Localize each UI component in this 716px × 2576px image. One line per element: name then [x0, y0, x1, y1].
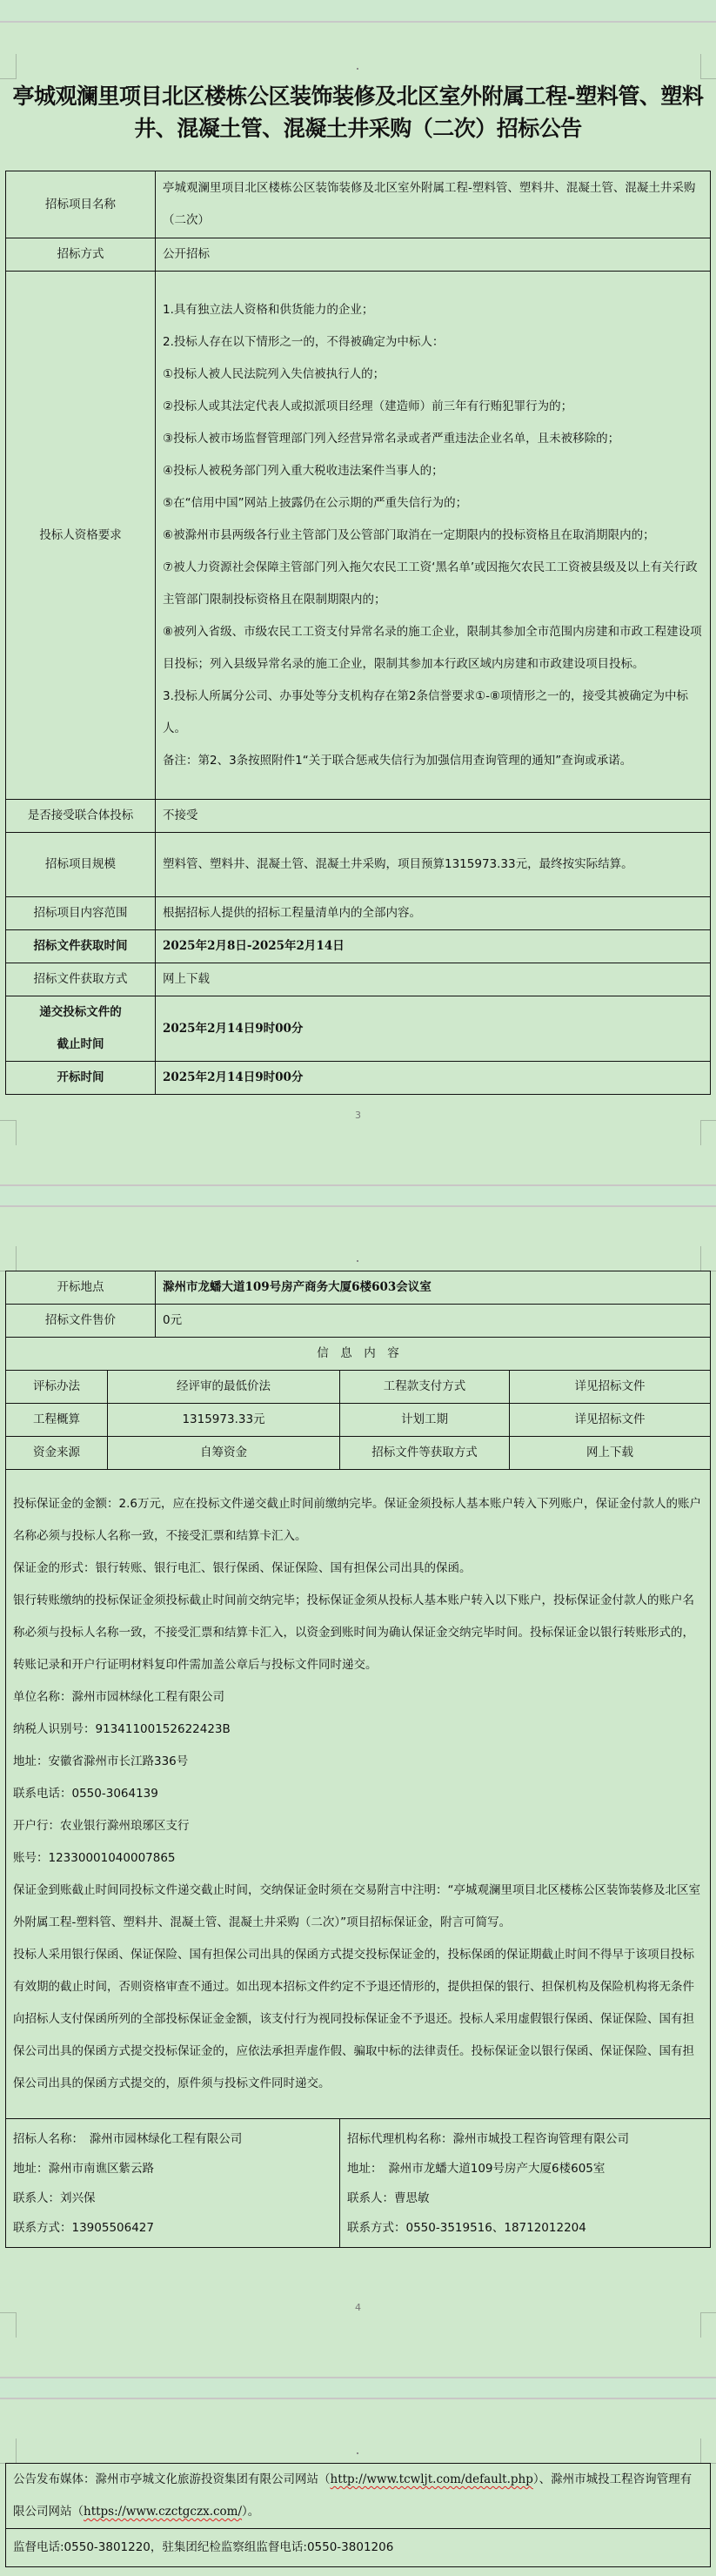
row-value: 不接受	[156, 800, 711, 833]
viewer-top-band	[0, 0, 716, 23]
info-grid-row: 资金来源 自筹资金 招标文件等获取方式 网上下载	[6, 1437, 711, 1470]
page-corner-mark	[700, 54, 716, 79]
info-label: 招标文件等获取方式	[340, 1437, 510, 1470]
media-text: 公告发布媒体：滁州市亭城文化旅游投资集团有限公司网站（	[13, 2472, 331, 2486]
qualification-note: 备注：第2、3条按照附件1“关于联合惩戒失信行为加强信用查询管理的通知”查询或承…	[163, 745, 703, 777]
row-label: 招标文件售价	[6, 1305, 156, 1338]
supervision-row: 监督电话:0550-3801220，驻集团纪检监察组监督电话:0550-3801…	[6, 2529, 711, 2567]
qualification-item: ①投标人被人民法院列入失信被执行人的；	[163, 359, 703, 391]
deposit-paragraph: 保证金到账截止时间同投标文件递交截止时间，交纳保证金时须在交易附言中注明：“亭城…	[13, 1875, 703, 1939]
info-grid-row: 工程概算 1315973.33元 计划工期 详见招标文件	[6, 1404, 711, 1437]
row-label-line: 截止时间	[13, 1029, 148, 1061]
tenderer-phone: 联系方式：13905506427	[13, 2213, 332, 2243]
qualification-item: ②投标人或其法定代表人或拟派项目经理（建造师）前三年有行贿犯罪行为的；	[163, 391, 703, 423]
media-link-czctgczx[interactable]: https://www.czctgczx.com/	[84, 2505, 242, 2519]
qualification-item: ③投标人被市场监督管理部门列入经营异常名录或者严重违法企业名单，且未被移除的；	[163, 423, 703, 455]
row-label: 招标项目内容范围	[6, 897, 156, 930]
table-row-doc-time: 招标文件获取时间 2025年2月8日-2025年2月14日	[6, 930, 711, 963]
qualification-item: ⑧被列入省级、市级农民工工资支付异常名录的施工企业，限制其参加全市范围内房建和市…	[163, 616, 703, 681]
qualification-list: 1.具有独立法人资格和供货能力的企业； 2.投标人存在以下情形之一的，不得被确定…	[156, 272, 711, 800]
row-label: 招标文件获取时间	[6, 930, 156, 963]
page-number: 3	[0, 1110, 716, 1121]
publication-media: 公告发布媒体：滁州市亭城文化旅游投资集团有限公司网站（http://www.tc…	[6, 2464, 711, 2529]
page-corner-mark	[700, 2312, 716, 2338]
account-name: 单位名称：滁州市园林绿化工程有限公司	[13, 1681, 703, 1714]
row-label: 招标项目规模	[6, 833, 156, 897]
row-label: 开标时间	[6, 1062, 156, 1095]
info-value: 详见招标文件	[510, 1371, 711, 1404]
info-header: 信 息 内 容	[6, 1338, 711, 1371]
page-corner-mark	[700, 2438, 716, 2464]
row-value: 2025年2月14日9时00分	[156, 996, 711, 1062]
info-label: 计划工期	[340, 1404, 510, 1437]
announcement-table-page2: 开标地点 滁州市龙蟠大道109号房产商务大厦6楼603会议室 招标文件售价 0元…	[5, 1271, 711, 2248]
page-corner-mark	[700, 1246, 716, 1271]
row-label: 招标文件获取方式	[6, 963, 156, 996]
row-value: 滁州市龙蟠大道109号房产商务大厦6楼603会议室	[156, 1271, 711, 1305]
deposit-paragraph: 投标人采用银行保函、保证保险、国有担保公司出具的保函方式提交投标保证金的，投标保…	[13, 1939, 703, 2100]
bank-name: 开户行：农业银行滁州琅琊区支行	[13, 1810, 703, 1842]
agency-contact-person: 联系人：曹思敏	[347, 2184, 703, 2213]
account-phone: 联系电话：0550-3064139	[13, 1778, 703, 1810]
info-label: 工程款支付方式	[340, 1371, 510, 1404]
media-row: 公告发布媒体：滁州市亭城文化旅游投资集团有限公司网站（http://www.tc…	[6, 2464, 711, 2529]
page-separator	[0, 1184, 716, 1207]
table-row-opening-location: 开标地点 滁州市龙蟠大道109号房产商务大厦6楼603会议室	[6, 1271, 711, 1305]
qualification-item: ⑤在“信用中国”网站上披露仍在公示期的严重失信行为的；	[163, 487, 703, 520]
info-value: 详见招标文件	[510, 1404, 711, 1437]
qualification-item: ④投标人被税务部门列入重大税收违法案件当事人的；	[163, 455, 703, 487]
qualification-item: 2.投标人存在以下情形之一的，不得被确定为中标人：	[163, 326, 703, 359]
row-value: 根据招标人提供的招标工程量清单内的全部内容。	[156, 897, 711, 930]
page-number: 4	[0, 2302, 716, 2313]
row-label-line: 递交投标文件的	[13, 996, 148, 1029]
info-value: 1315973.33元	[108, 1404, 340, 1437]
table-row-tender-method: 招标方式 公开招标	[6, 238, 711, 272]
table-row-doc-method: 招标文件获取方式 网上下载	[6, 963, 711, 996]
info-grid-row: 评标办法 经评审的最低价法 工程款支付方式 详见招标文件	[6, 1371, 711, 1404]
agency-phone: 联系方式：0550-3519516、18712012204	[347, 2213, 703, 2243]
tenderer-contact-person: 联系人：刘兴保	[13, 2184, 332, 2213]
row-value: 亭城观澜里项目北区楼栋公区装饰装修及北区室外附属工程-塑料管、塑料井、混凝土管、…	[156, 171, 711, 238]
page-corner-mark	[0, 2438, 17, 2464]
table-row-qualification: 投标人资格要求 1.具有独立法人资格和供货能力的企业； 2.投标人存在以下情形之…	[6, 272, 711, 800]
announcement-table-page3: 公告发布媒体：滁州市亭城文化旅游投资集团有限公司网站（http://www.tc…	[5, 2463, 711, 2567]
tenderer-name: 招标人名称： 滁州市园林绿化工程有限公司	[13, 2124, 332, 2154]
info-label: 工程概算	[6, 1404, 108, 1437]
agency-contact: 招标代理机构名称：滁州市城投工程咨询管理有限公司 地址： 滁州市龙蟠大道109号…	[340, 2119, 711, 2248]
deposit-paragraph: 投标保证金的金额：2.6万元，应在投标文件递交截止时间前缴纳完毕。保证金须投标人…	[13, 1488, 703, 1553]
qualification-item: ⑥被滁州市县两级各行业主管部门及公管部门取消在一定期限内的投标资格且在取消期限内…	[163, 520, 703, 552]
cursor-mark	[357, 2452, 358, 2454]
deposit-info: 投标保证金的金额：2.6万元，应在投标文件递交截止时间前缴纳完毕。保证金须投标人…	[6, 1470, 711, 2119]
deposit-paragraph: 保证金的形式：银行转账、银行电汇、银行保函、保证保险、国有担保公司出具的保函。	[13, 1553, 703, 1585]
row-label: 招标项目名称	[6, 171, 156, 238]
row-value: 2025年2月14日9时00分	[156, 1062, 711, 1095]
cursor-mark	[357, 1260, 358, 1262]
info-value: 经评审的最低价法	[108, 1371, 340, 1404]
info-value: 自筹资金	[108, 1437, 340, 1470]
media-link-tcwljt[interactable]: http://www.tcwljt.com/default.php	[331, 2472, 533, 2486]
media-text: ）。	[242, 2505, 259, 2519]
account-number: 账号：12330001040007865	[13, 1842, 703, 1875]
qualification-item: ⑦被人力资源社会保障主管部门列入拖欠农民工工资‘黑名单’或因拖欠农民工工资被县级…	[163, 552, 703, 616]
table-row-scale: 招标项目规模 塑料管、塑料井、混凝土管、混凝土井采购，项目预算1315973.3…	[6, 833, 711, 897]
row-label: 招标方式	[6, 238, 156, 272]
table-row-deadline: 递交投标文件的 截止时间 2025年2月14日9时00分	[6, 996, 711, 1062]
page-corner-mark	[0, 1120, 17, 1145]
row-value: 塑料管、塑料井、混凝土管、混凝土井采购，项目预算1315973.33元，最终按实…	[156, 833, 711, 897]
agency-name: 招标代理机构名称：滁州市城投工程咨询管理有限公司	[347, 2124, 703, 2154]
tenderer-address: 地址：滁州市南谯区紫云路	[13, 2154, 332, 2184]
row-value: 0元	[156, 1305, 711, 1338]
supervision-phones: 监督电话:0550-3801220，驻集团纪检监察组监督电话:0550-3801…	[6, 2529, 711, 2567]
info-header-row: 信 息 内 容	[6, 1338, 711, 1371]
info-label: 评标办法	[6, 1371, 108, 1404]
page-corner-mark	[0, 54, 17, 79]
row-value: 2025年2月8日-2025年2月14日	[156, 930, 711, 963]
contacts-row: 招标人名称： 滁州市园林绿化工程有限公司 地址：滁州市南谯区紫云路 联系人：刘兴…	[6, 2119, 711, 2248]
page-title: 亭城观澜里项目北区楼栋公区装饰装修及北区室外附属工程-塑料管、塑料井、混凝土管、…	[12, 80, 704, 144]
page-corner-mark	[700, 1120, 716, 1145]
agency-address: 地址： 滁州市龙蟠大道109号房产大厦6楼605室	[347, 2154, 703, 2184]
account-address: 地址：安徽省滁州市长江路336号	[13, 1746, 703, 1778]
table-row-opening-time: 开标时间 2025年2月14日9时00分	[6, 1062, 711, 1095]
info-label: 资金来源	[6, 1437, 108, 1470]
deposit-info-row: 投标保证金的金额：2.6万元，应在投标文件递交截止时间前缴纳完毕。保证金须投标人…	[6, 1470, 711, 2119]
table-row-scope: 招标项目内容范围 根据招标人提供的招标工程量清单内的全部内容。	[6, 897, 711, 930]
row-label: 递交投标文件的 截止时间	[6, 996, 156, 1062]
tax-id: 纳税人识别号：91341100152622423B	[13, 1714, 703, 1746]
row-value: 公开招标	[156, 238, 711, 272]
announcement-table-page1: 招标项目名称 亭城观澜里项目北区楼栋公区装饰装修及北区室外附属工程-塑料管、塑料…	[5, 171, 711, 1095]
info-value: 网上下载	[510, 1437, 711, 1470]
qualification-item: 1.具有独立法人资格和供货能力的企业；	[163, 294, 703, 326]
table-row-consortium: 是否接受联合体投标 不接受	[6, 800, 711, 833]
page-corner-mark	[0, 1246, 17, 1271]
row-label: 开标地点	[6, 1271, 156, 1305]
tenderer-contact: 招标人名称： 滁州市园林绿化工程有限公司 地址：滁州市南谯区紫云路 联系人：刘兴…	[6, 2119, 340, 2248]
row-label: 是否接受联合体投标	[6, 800, 156, 833]
deposit-paragraph: 银行转账缴纳的投标保证金须投标截止时间前交纳完毕；投标保证金须从投标人基本账户转…	[13, 1585, 703, 1681]
row-label: 投标人资格要求	[6, 272, 156, 800]
page-corner-mark	[0, 2312, 17, 2338]
qualification-item: 3.投标人所属分公司、办事处等分支机构存在第2条信誉要求①-⑧项情形之一的，接受…	[163, 681, 703, 745]
page-separator	[0, 2377, 716, 2399]
cursor-mark	[357, 68, 358, 70]
table-row-doc-price: 招标文件售价 0元	[6, 1305, 711, 1338]
row-value: 网上下载	[156, 963, 711, 996]
table-row-project-name: 招标项目名称 亭城观澜里项目北区楼栋公区装饰装修及北区室外附属工程-塑料管、塑料…	[6, 171, 711, 238]
